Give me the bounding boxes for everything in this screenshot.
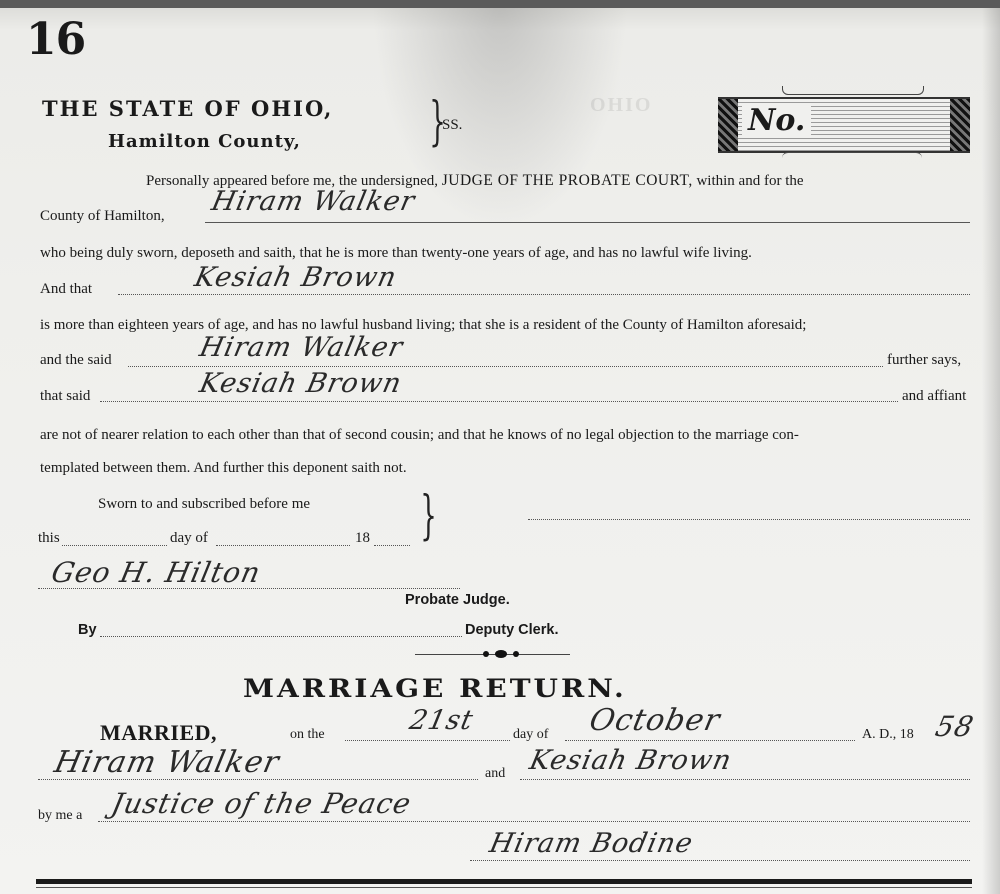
bride-return-handwritten: Kesiah Brown: [527, 745, 735, 776]
deputy-clerk-label: Deputy Clerk.: [465, 622, 558, 638]
brace-icon: }: [420, 490, 437, 542]
page-number: 16: [26, 14, 85, 65]
sworn-subscribed-text: Sworn to and subscribed before me: [98, 496, 310, 513]
groom-return-handwritten: Hiram Walker: [51, 745, 282, 780]
marriage-record-page: OHIO 16 THE STATE OF OHIO, Hamilton Coun…: [0, 0, 1000, 894]
marriage-return-heading: MARRIAGE RETURN.: [243, 674, 627, 704]
groom-oath-text: who being duly sworn, deposeth and saith…: [40, 245, 752, 262]
probate-judge-label: Probate Judge.: [405, 592, 510, 608]
bleed-through-text: OHIO: [590, 94, 652, 117]
day-of-label: day of: [513, 727, 548, 743]
groom-name-handwritten: Hiram Walker: [209, 186, 418, 217]
ornament-dot-icon: [483, 651, 489, 657]
groom-name-field-line-2: [128, 366, 883, 367]
intro-text-end: within and for the: [696, 173, 803, 189]
bride-name-handwritten: Kesiah Brown: [192, 262, 400, 293]
marriage-day-field: [345, 740, 510, 741]
bride-name-field-line-2: [100, 401, 898, 402]
deputy-clerk-signature-line: [100, 636, 462, 637]
deponent-closing: templated between them. And further this…: [40, 460, 407, 477]
bottom-rule: [36, 879, 972, 884]
scan-edge: [0, 0, 1000, 8]
bride-name-handwritten-2: Kesiah Brown: [197, 368, 405, 399]
day-of-label: day of: [170, 530, 208, 547]
county-heading: Hamilton County,: [108, 131, 301, 152]
county-label: County of Hamilton,: [40, 208, 165, 225]
year-prefix-label: 18: [355, 530, 370, 547]
by-label: By: [78, 622, 97, 638]
by-me-a-label: by me a: [38, 808, 82, 824]
this-label: this: [38, 530, 60, 547]
officiant-title-handwritten: Justice of the Peace: [108, 787, 414, 820]
and-that-label: And that: [40, 281, 92, 298]
relation-statement: are not of nearer relation to each other…: [40, 427, 799, 444]
further-says-label: further says,: [887, 352, 961, 369]
scan-shadow: [982, 0, 1000, 894]
ad-year-label: A. D., 18: [862, 727, 914, 743]
that-said-label: that said: [40, 388, 90, 405]
groom-name-field-line: [205, 222, 970, 223]
jurat-day-field: [62, 545, 167, 546]
number-label: No.: [742, 103, 811, 138]
celtic-knot-ornament-icon: [718, 99, 738, 151]
and-affiant-label: and affiant: [902, 388, 966, 405]
on-the-label: on the: [290, 727, 325, 743]
celtic-knot-ornament-icon: [950, 99, 970, 151]
marriage-month-handwritten: October: [586, 703, 723, 738]
bottom-rule-thin: [36, 887, 972, 888]
ornament-dot-icon: [513, 651, 519, 657]
ss-label: SS.: [442, 117, 462, 134]
judge-signature-handwritten: Geo H. Hilton: [48, 556, 263, 589]
jurat-year-field: [374, 545, 410, 546]
officiant-signature-line: [470, 860, 970, 861]
state-heading: THE STATE OF OHIO,: [42, 96, 333, 121]
officiant-signature-handwritten: Hiram Bodine: [487, 828, 696, 859]
bride-return-field: [520, 779, 970, 780]
number-box-bracket-bottom: [782, 152, 922, 163]
marriage-day-handwritten: 21st: [407, 705, 477, 736]
number-box: No.: [718, 97, 970, 153]
marriage-month-field: [565, 740, 855, 741]
married-label: MARRIED,: [100, 720, 217, 746]
officiant-title-field: [98, 821, 970, 822]
affiant-signature-line: [528, 519, 970, 520]
and-label: and: [485, 766, 505, 782]
number-box-bracket-top: [782, 86, 924, 95]
ornament-dot-icon: [495, 650, 507, 658]
groom-name-handwritten-2: Hiram Walker: [197, 332, 406, 363]
court-title: JUDGE OF THE PROBATE COURT,: [442, 172, 693, 189]
marriage-year-handwritten: 58: [932, 710, 977, 743]
and-the-said-label: and the said: [40, 352, 112, 369]
judge-signature-line: [38, 588, 460, 589]
jurat-month-field: [216, 545, 350, 546]
divider-ornament: [415, 654, 570, 655]
bride-name-field-line: [118, 294, 970, 295]
bride-oath-text: is more than eighteen years of age, and …: [40, 317, 806, 334]
